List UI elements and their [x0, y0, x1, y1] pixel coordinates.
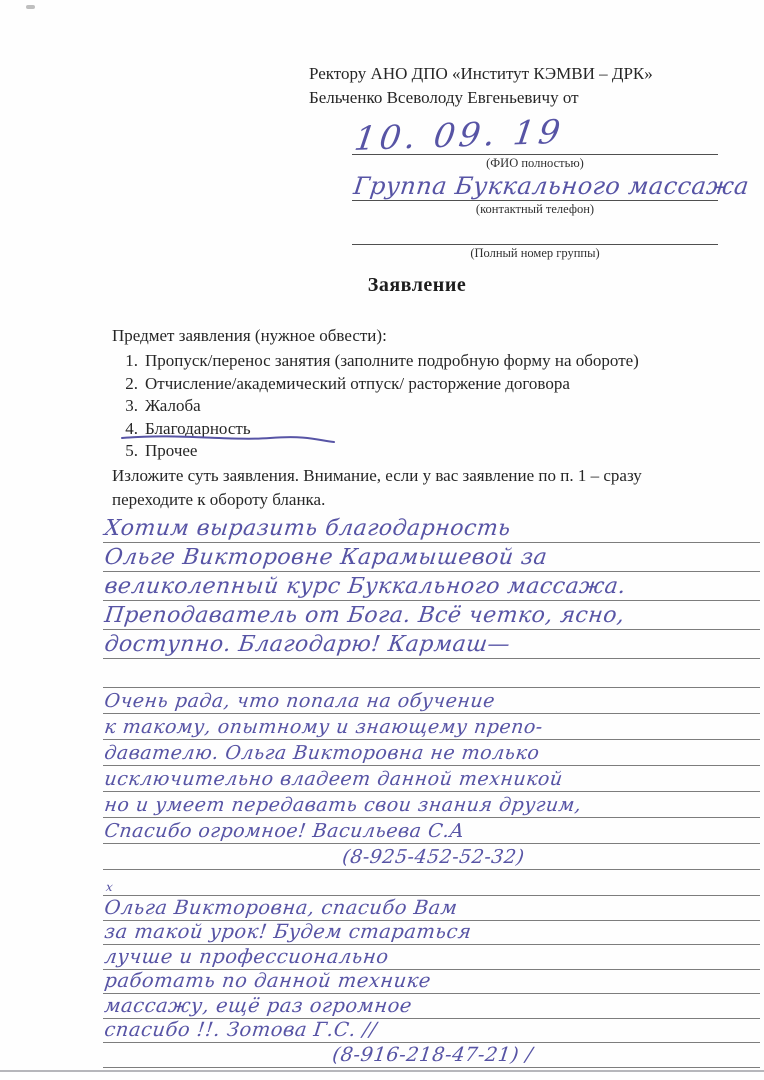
handwritten-line: доступно. Благодарю! Кармаш—	[103, 630, 760, 659]
handwritten-line	[103, 659, 760, 688]
handwritten-line: Ольга Викторовна, спасибо Вам	[103, 896, 760, 921]
subject-item-number: 1.	[125, 350, 145, 373]
subject-item-label: Прочее	[145, 441, 197, 460]
handwritten-text: за такой урок! Будем стараться	[103, 920, 473, 944]
subject-item-number: 4.	[125, 418, 145, 441]
field-group-number: (Полный номер группы)	[352, 217, 718, 261]
handwritten-line: массажу, ещё раз огромное	[103, 994, 760, 1019]
scan-speck	[26, 5, 35, 9]
handwritten-line: (8-925-452-52-32)	[103, 844, 760, 870]
subject-item-label: Пропуск/перенос занятия (заполните подро…	[145, 351, 639, 370]
field-fio-label: (ФИО полностью)	[352, 155, 718, 171]
handwritten-text: (8-925-452-52-32)	[341, 846, 526, 869]
page-title: Заявление	[113, 274, 721, 297]
handwritten-text: х	[103, 880, 114, 895]
field-group-number-label: (Полный номер группы)	[352, 245, 718, 261]
subject-item-4: 4.Благодарность	[112, 418, 639, 441]
handwritten-line: Спасибо огромное! Васильева С.А	[103, 818, 760, 844]
handwritten-text: спасибо !!. Зотова Г.С. //	[103, 1018, 378, 1042]
handwritten-line: (8-916-218-47-21) /	[103, 1043, 760, 1068]
handwritten-group-name: Группа Буккального массажа	[352, 172, 751, 200]
handwritten-line: спасибо !!. Зотова Г.С. //	[103, 1019, 760, 1044]
subject-prompt: Предмет заявления (нужное обвести):	[112, 326, 639, 346]
addressee-line-1: Ректору АНО ДПО «Институт КЭМВИ – ДРК»	[309, 62, 749, 86]
handwritten-line: работать по данной технике	[103, 970, 760, 995]
subject-item-number: 5.	[125, 440, 145, 463]
handwritten-date: 10. 09. 19	[352, 112, 567, 158]
handwritten-text: но и умеет передавать свои знания другим…	[103, 794, 583, 817]
subject-item-label: Отчисление/академический отпуск/ расторж…	[145, 374, 570, 393]
handwritten-text: работать по данной технике	[103, 969, 432, 993]
addressee-block: Ректору АНО ДПО «Институт КЭМВИ – ДРК» Б…	[309, 62, 749, 110]
subject-item-number: 3.	[125, 395, 145, 418]
handwritten-line: но и умеет передавать свои знания другим…	[103, 792, 760, 818]
handwritten-text: Ольга Викторовна, спасибо Вам	[103, 896, 459, 920]
addressee-line-2: Бельченко Всеволоду Евгеньевичу от	[309, 86, 749, 110]
handwritten-line: Ольге Викторовне Карамышевой за	[103, 543, 760, 572]
handwritten-text: Ольге Викторовне Карамышевой за	[103, 545, 549, 571]
handwritten-line: лучше и профессионально	[103, 945, 760, 970]
handwritten-text: Спасибо огромное! Васильева С.А	[103, 820, 466, 843]
handwritten-text: лучше и профессионально	[103, 945, 390, 969]
subject-items: 1.Пропуск/перенос занятия (заполните под…	[112, 350, 639, 463]
field-group-number-line	[352, 217, 718, 245]
handwritten-line: к такому, опытному и знающему препо-	[103, 714, 760, 740]
field-phone-line: Группа Буккального массажа	[352, 171, 718, 201]
subject-item-5: 5.Прочее	[112, 440, 639, 463]
handwritten-line: Преподаватель от Бога. Всё четко, ясно,	[103, 601, 760, 630]
handwritten-text: Преподаватель от Бога. Всё четко, ясно,	[103, 603, 626, 629]
ruled-area: Хотим выразить благодарностьОльге Виктор…	[103, 514, 760, 1068]
subject-item-number: 2.	[125, 373, 145, 396]
handwritten-line: исключительно владеет данной техникой	[103, 766, 760, 792]
subject-item-2: 2.Отчисление/академический отпуск/ расто…	[112, 373, 639, 396]
subject-section: Предмет заявления (нужное обвести): 1.Пр…	[112, 326, 639, 463]
handwritten-line: за такой урок! Будем стараться	[103, 921, 760, 946]
field-phone-label: (контактный телефон)	[352, 201, 718, 217]
handwritten-line: Хотим выразить благодарность	[103, 514, 760, 543]
subject-item-1: 1.Пропуск/перенос занятия (заполните под…	[112, 350, 639, 373]
field-phone: Группа Буккального массажа (контактный т…	[352, 171, 718, 217]
handwritten-text: Хотим выразить благодарность	[103, 516, 512, 542]
scanned-application-form: Ректору АНО ДПО «Институт КЭМВИ – ДРК» Б…	[0, 0, 764, 1080]
instructions-text: Изложите суть заявления. Внимание, если …	[112, 464, 726, 512]
field-fio-line: 10. 09. 19	[352, 108, 718, 155]
handwritten-line: давателю. Ольга Викторовна не только	[103, 740, 760, 766]
pen-mark: х	[103, 870, 760, 896]
header-fields: 10. 09. 19 (ФИО полностью) Группа Буккал…	[352, 108, 718, 261]
handwritten-line: великолепный курс Буккального массажа.	[103, 572, 760, 601]
handwritten-text: к такому, опытному и знающему препо-	[103, 716, 544, 739]
handwritten-text: Очень рада, что попала на обучение	[103, 690, 496, 713]
handwritten-text: массажу, ещё раз огромное	[103, 994, 413, 1018]
handwritten-line: Очень рада, что попала на обучение	[103, 688, 760, 714]
handwritten-text: доступно. Благодарю! Кармаш—	[103, 632, 512, 658]
handwritten-text: исключительно владеет данной техникой	[103, 768, 564, 791]
subject-item-label: Благодарность	[145, 419, 251, 438]
scan-bottom-edge	[0, 1070, 764, 1072]
subject-item-3: 3.Жалоба	[112, 395, 639, 418]
handwritten-text: великолепный курс Буккального массажа.	[103, 574, 627, 600]
subject-item-label: Жалоба	[145, 396, 201, 415]
field-fio: 10. 09. 19 (ФИО полностью)	[352, 108, 718, 171]
handwritten-text: давателю. Ольга Викторовна не только	[103, 742, 541, 765]
handwritten-text: (8-916-218-47-21) /	[331, 1043, 534, 1067]
